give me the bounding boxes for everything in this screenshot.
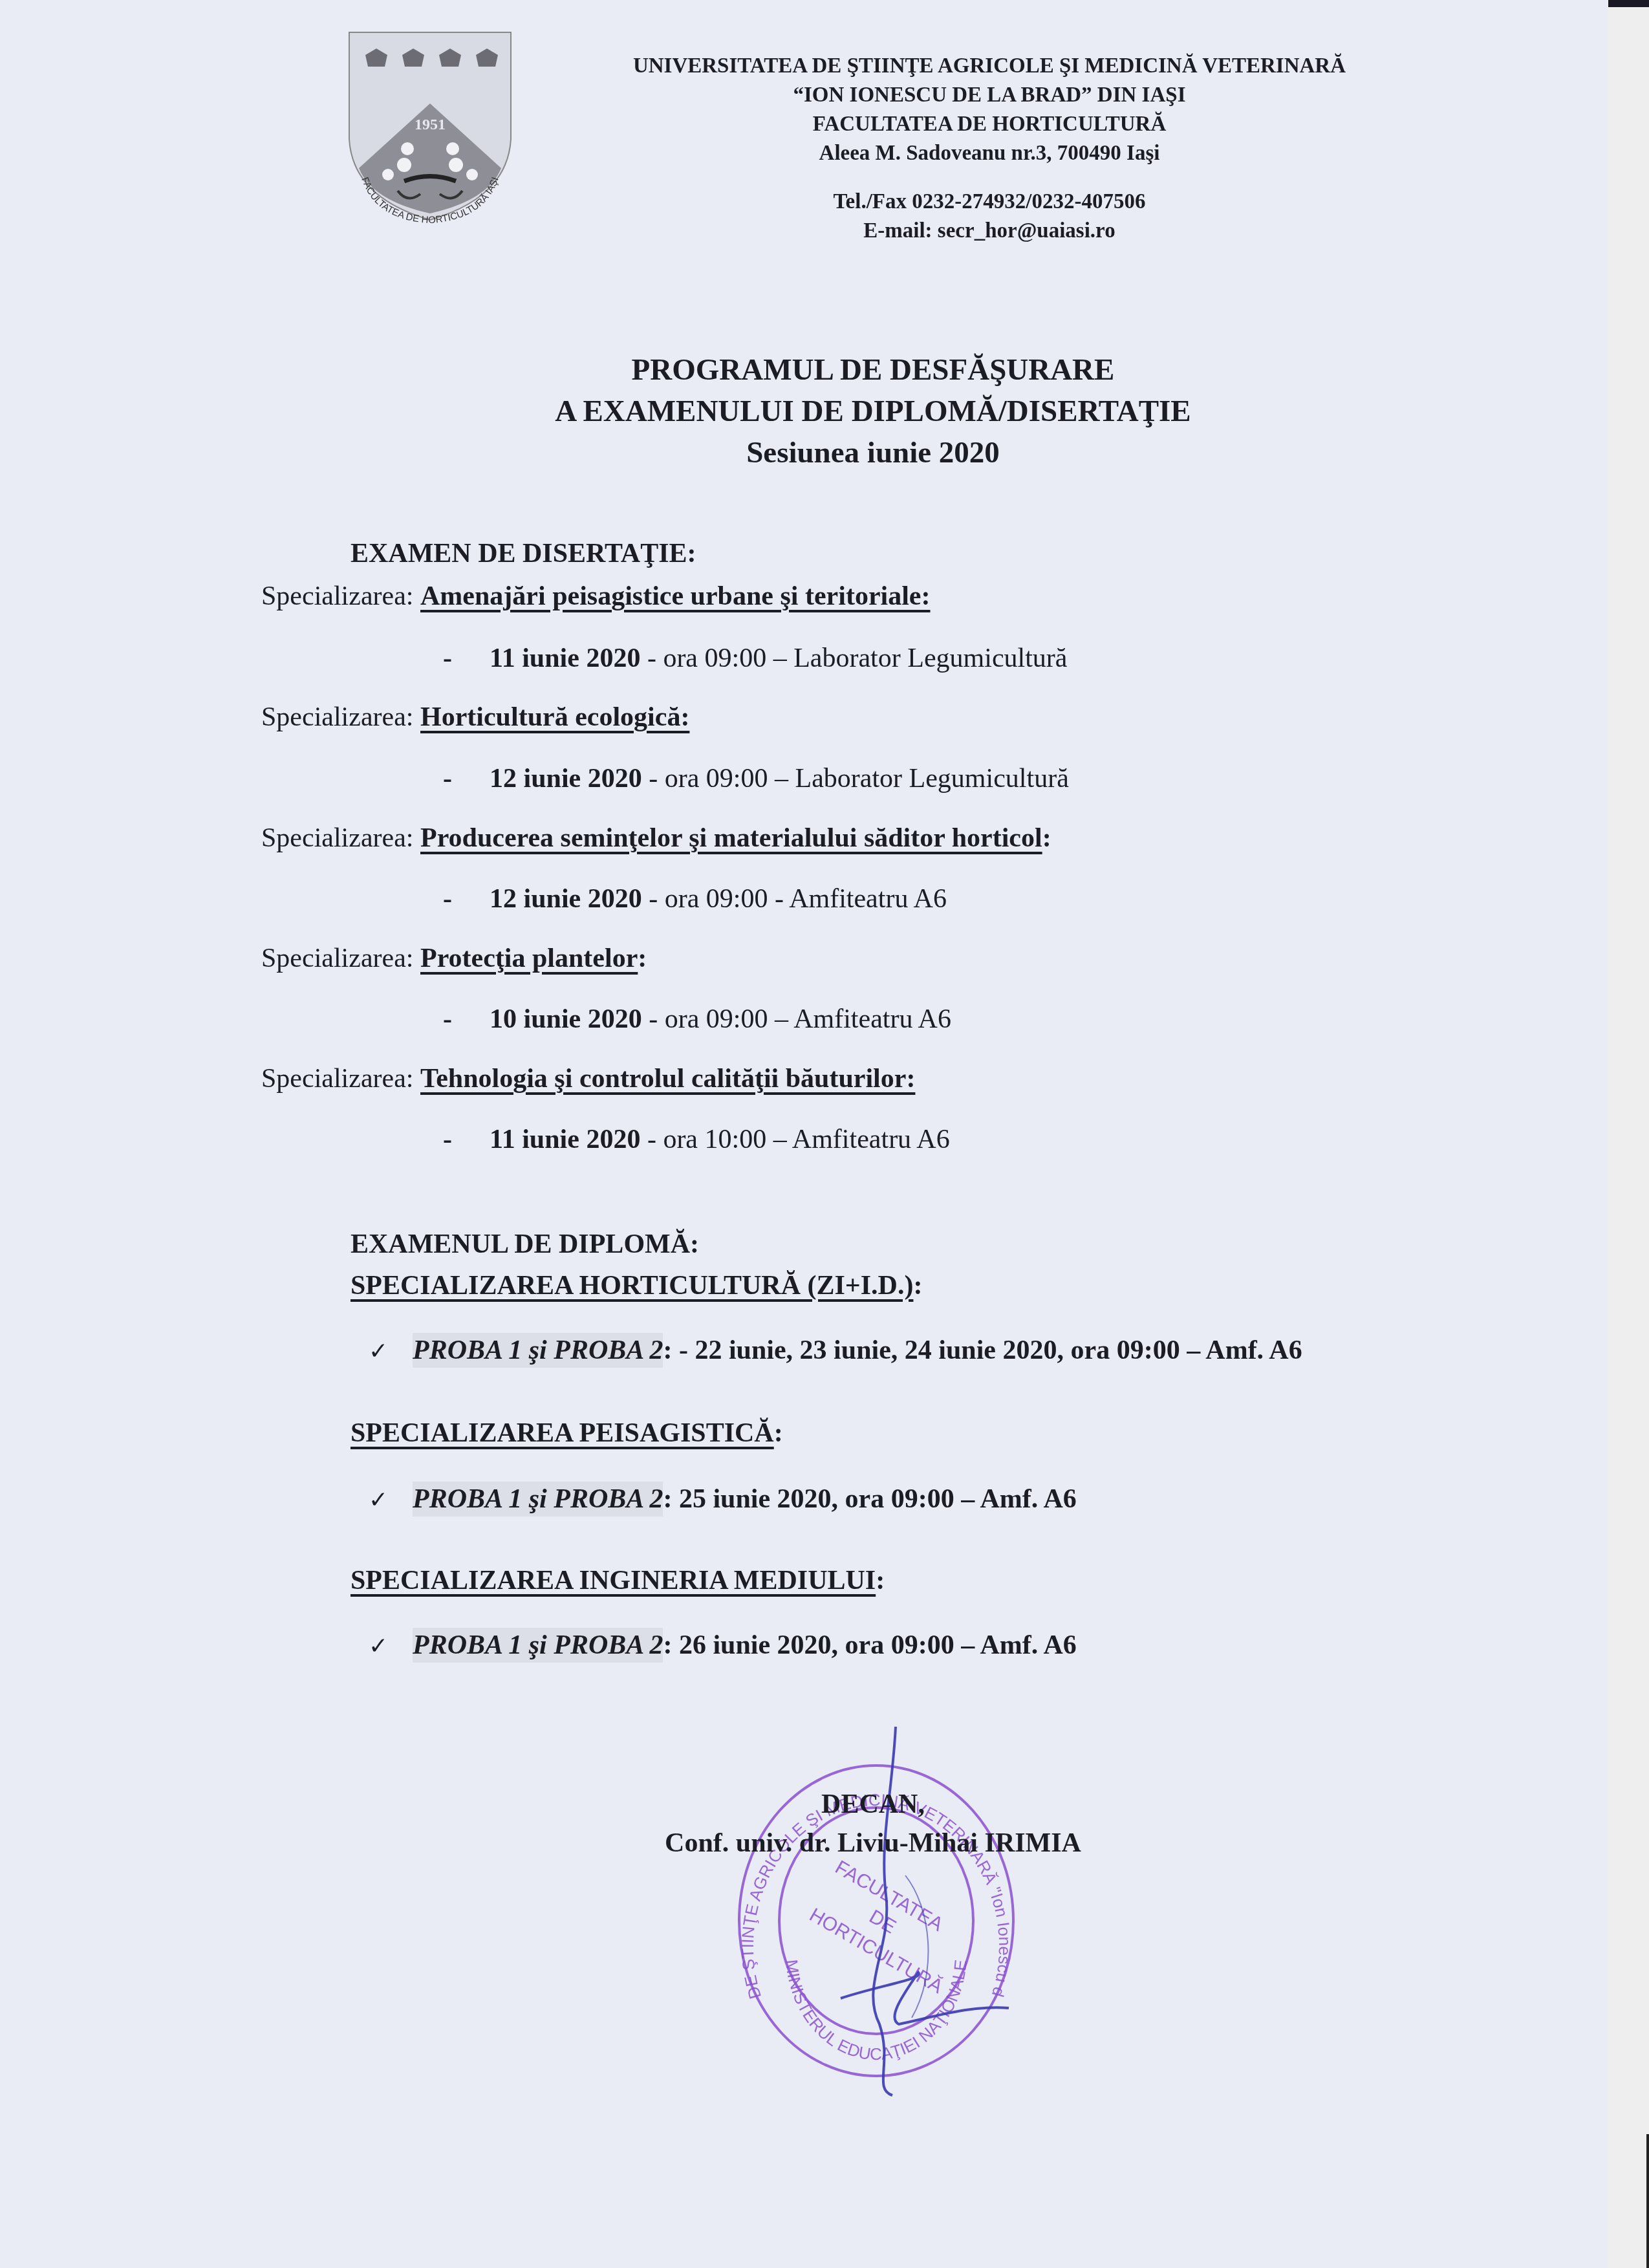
dissertation-spec-5: Specializarea: Tehnologia şi controlul c… <box>261 1063 915 1094</box>
signatory-name: Conf. univ. dr. Liviu-Mihai IRIMIA <box>582 1824 1164 1863</box>
university-header: UNIVERSITATEA DE ŞTIINŢE AGRICOLE ŞI MED… <box>556 52 1423 168</box>
proba-details: : - 22 iunie, 23 iunie, 24 iunie 2020, o… <box>663 1335 1302 1365</box>
spec-label: Specializarea: <box>261 581 414 611</box>
checkmark-icon: ✓ <box>369 1487 413 1513</box>
university-subtitle: “ION IONESCU DE LA BRAD” DIN IAŞI <box>556 81 1423 110</box>
slot-date: 10 iunie 2020 <box>490 1004 642 1034</box>
spec-label: Specializarea: <box>261 1064 414 1094</box>
faculty-address: Aleea M. Sadoveanu nr.3, 700490 Iaşi <box>556 139 1423 168</box>
slot-date: 11 iunie 2020 <box>490 1125 640 1154</box>
spec-name: Horticultură ecologică: <box>420 702 689 732</box>
diploma-heading: EXAMENUL DE DIPLOMĂ: <box>350 1229 699 1260</box>
checkmark-icon: ✓ <box>369 1633 413 1659</box>
phone-fax: Tel./Fax 0232-274932/0232-407506 <box>556 188 1423 217</box>
spec-name: Tehnologia şi controlul calităţii băutur… <box>420 1064 915 1094</box>
bullet-dash: - <box>443 763 490 794</box>
spec-trail: : <box>774 1418 783 1449</box>
signatory-role: DECAN, <box>582 1785 1164 1824</box>
scan-edge-right <box>1646 2134 1649 2268</box>
signature-scribble <box>763 1714 1035 2102</box>
svg-text:1951: 1951 <box>415 116 446 133</box>
email: E-mail: secr_hor@uaiasi.ro <box>556 217 1423 246</box>
faculty-name: FACULTATEA DE HORTICULTURĂ <box>556 110 1423 139</box>
bullet-dash: - <box>443 1004 490 1035</box>
dissertation-spec-1: Specializarea: Amenajări peisagistice ur… <box>261 581 931 612</box>
slot-date: 12 iunie 2020 <box>490 764 642 794</box>
diploma-proba-2: ✓PROBA 1 şi PROBA 2: 25 iunie 2020, ora … <box>369 1484 1077 1515</box>
dissertation-slot-3: -12 iunie 2020 - ora 09:00 - Amfiteatru … <box>443 883 947 914</box>
spec-name: Producerea seminţelor şi materialului să… <box>420 823 1042 853</box>
slot-details: - ora 09:00 – Amfiteatru A6 <box>642 1004 951 1034</box>
slot-details: - ora 10:00 – Amfiteatru A6 <box>640 1125 949 1154</box>
diploma-spec-3: SPECIALIZAREA INGINERIA MEDIULUI: <box>350 1565 885 1596</box>
spec-name: SPECIALIZAREA HORTICULTURĂ (ZI+I.D.) <box>350 1271 913 1301</box>
spec-name: SPECIALIZAREA INGINERIA MEDIULUI <box>350 1566 876 1595</box>
slot-details: - ora 09:00 – Laborator Legumicultură <box>640 643 1067 673</box>
spec-label: Specializarea: <box>261 944 414 973</box>
spec-label: Specializarea: <box>261 702 414 732</box>
spec-trail: : <box>876 1565 885 1596</box>
dissertation-spec-4: Specializarea: Protecţia plantelor: <box>261 943 647 974</box>
dissertation-spec-2: Specializarea: Horticultură ecologică: <box>261 702 689 733</box>
contact-info: Tel./Fax 0232-274932/0232-407506 E-mail:… <box>556 188 1423 246</box>
checkmark-icon: ✓ <box>369 1338 413 1365</box>
scan-margin <box>1608 0 1649 2268</box>
session-subtitle: Sesiunea iunie 2020 <box>453 432 1293 473</box>
spec-trail: : <box>638 944 647 973</box>
university-name: UNIVERSITATEA DE ŞTIINŢE AGRICOLE ŞI MED… <box>556 52 1423 81</box>
title-line-1: PROGRAMUL DE DESFĂŞURARE <box>453 349 1293 391</box>
proba-details: : 26 iunie 2020, ora 09:00 – Amf. A6 <box>663 1630 1076 1660</box>
dissertation-slot-1: -11 iunie 2020 - ora 09:00 – Laborator L… <box>443 643 1068 674</box>
diploma-spec-1: SPECIALIZAREA HORTICULTURĂ (ZI+I.D.): <box>350 1270 922 1301</box>
spec-name: Protecţia plantelor <box>420 944 638 973</box>
proba-label: PROBA 1 şi PROBA 2 <box>413 1482 663 1517</box>
signature-block: DECAN, Conf. univ. dr. Liviu-Mihai IRIMI… <box>582 1785 1164 1863</box>
proba-details: : 25 iunie 2020, ora 09:00 – Amf. A6 <box>663 1484 1076 1514</box>
dissertation-heading: EXAMEN DE DISERTAŢIE: <box>350 538 696 569</box>
slot-date: 12 iunie 2020 <box>490 884 642 914</box>
bullet-dash: - <box>443 1124 490 1155</box>
proba-label: PROBA 1 şi PROBA 2 <box>413 1628 663 1663</box>
title-line-2: A EXAMENULUI DE DIPLOMĂ/DISERTAŢIE <box>453 391 1293 432</box>
slot-details: - ora 09:00 – Laborator Legumicultură <box>642 764 1069 794</box>
dissertation-slot-5: -11 iunie 2020 - ora 10:00 – Amfiteatru … <box>443 1124 950 1155</box>
slot-date: 11 iunie 2020 <box>490 643 640 673</box>
spec-trail: : <box>1042 823 1051 853</box>
slot-details: - ora 09:00 - Amfiteatru A6 <box>642 884 947 914</box>
diploma-proba-1: ✓PROBA 1 şi PROBA 2: - 22 iunie, 23 iuni… <box>369 1335 1302 1366</box>
scan-edge-top <box>1608 0 1649 7</box>
spec-label: Specializarea: <box>261 823 414 853</box>
bullet-dash: - <box>443 643 490 674</box>
spec-name: SPECIALIZAREA PEISAGISTICĂ <box>350 1418 774 1448</box>
dissertation-slot-2: -12 iunie 2020 - ora 09:00 – Laborator L… <box>443 763 1069 794</box>
dissertation-slot-4: -10 iunie 2020 - ora 09:00 – Amfiteatru … <box>443 1004 951 1035</box>
spec-trail: : <box>913 1270 922 1301</box>
diploma-proba-3: ✓PROBA 1 şi PROBA 2: 26 iunie 2020, ora … <box>369 1630 1077 1661</box>
bullet-dash: - <box>443 883 490 914</box>
document-title: PROGRAMUL DE DESFĂŞURARE A EXAMENULUI DE… <box>453 349 1293 473</box>
dissertation-spec-3: Specializarea: Producerea seminţelor şi … <box>261 823 1051 854</box>
proba-label: PROBA 1 şi PROBA 2 <box>413 1333 663 1368</box>
spec-name: Amenajări peisagistice urbane şi teritor… <box>420 581 930 611</box>
diploma-spec-2: SPECIALIZAREA PEISAGISTICĂ: <box>350 1418 783 1449</box>
faculty-crest-icon: 1951 FACULTATEA DE HORTICULTURĂ IAŞI <box>343 29 517 223</box>
